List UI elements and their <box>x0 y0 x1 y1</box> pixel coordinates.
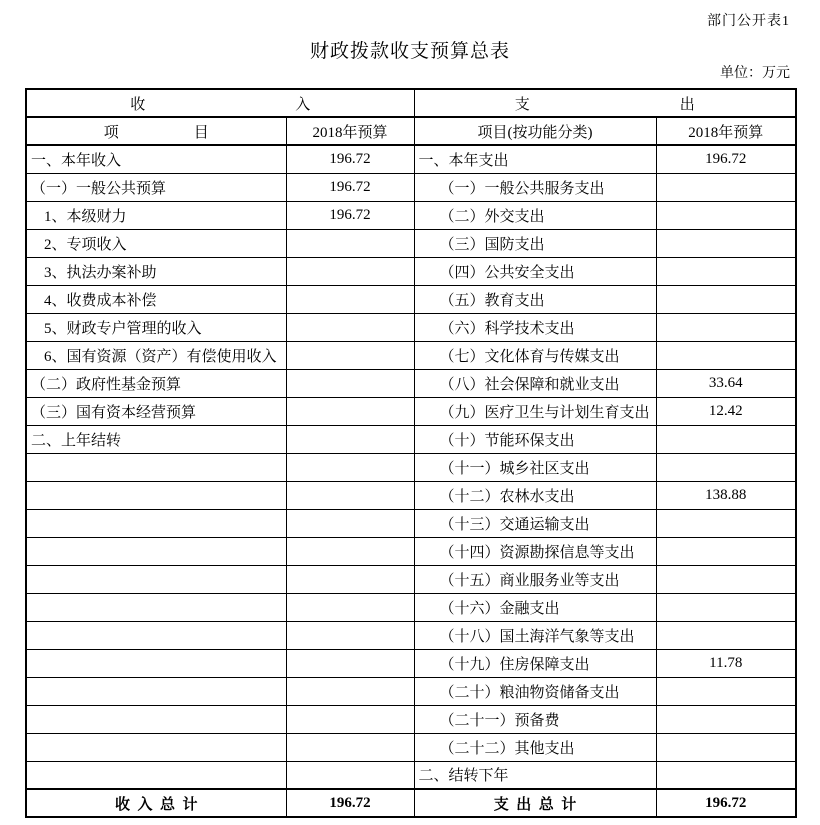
income-item-cell: 4、收费成本补偿 <box>26 285 286 313</box>
expense-item-cell: （四）公共安全支出 <box>414 257 656 285</box>
income-item-cell <box>26 481 286 509</box>
group-header-row: 收 入 支 出 <box>26 89 796 117</box>
expense-item-cell: （三）国防支出 <box>414 229 656 257</box>
expense-item-cell: （二）外交支出 <box>414 201 656 229</box>
income-item-cell <box>26 733 286 761</box>
expense-value-cell <box>656 285 796 313</box>
table-row: （十一）城乡社区支出 <box>26 453 796 481</box>
expense-value-cell <box>656 453 796 481</box>
expense-value-cell <box>656 621 796 649</box>
expense-item-cell: （十六）金融支出 <box>414 593 656 621</box>
income-value-cell <box>286 537 414 565</box>
income-value-cell <box>286 341 414 369</box>
expense-value-cell: 196.72 <box>656 145 796 173</box>
table-row: 2、专项收入（三）国防支出 <box>26 229 796 257</box>
expense-budget-column-header: 2018年预算 <box>656 117 796 145</box>
income-value-cell <box>286 229 414 257</box>
column-header-row: 项 目 2018年预算 项目(按功能分类) 2018年预算 <box>26 117 796 145</box>
income-item-cell: 1、本级财力 <box>26 201 286 229</box>
expense-item-cell: （十二）农林水支出 <box>414 481 656 509</box>
income-item-cell: 6、国有资源（资产）有偿使用收入 <box>26 341 286 369</box>
income-item-cell: 5、财政专户管理的收入 <box>26 313 286 341</box>
expense-value-cell <box>656 173 796 201</box>
expense-value-cell <box>656 677 796 705</box>
expense-item-cell: （二十二）其他支出 <box>414 733 656 761</box>
income-item-cell: （一）一般公共预算 <box>26 173 286 201</box>
income-value-cell <box>286 761 414 789</box>
table-row: （十五）商业服务业等支出 <box>26 565 796 593</box>
expense-value-cell <box>656 705 796 733</box>
income-item-cell <box>26 705 286 733</box>
table-row: 5、财政专户管理的收入（六）科学技术支出 <box>26 313 796 341</box>
income-value-cell <box>286 593 414 621</box>
income-item-column-header: 项 目 <box>26 117 286 145</box>
expense-item-cell: （十三）交通运输支出 <box>414 509 656 537</box>
expense-value-cell <box>656 537 796 565</box>
income-item-cell <box>26 677 286 705</box>
expense-value-cell <box>656 341 796 369</box>
income-item-cell <box>26 649 286 677</box>
income-value-cell: 196.72 <box>286 201 414 229</box>
budget-table: 收 入 支 出 项 目 2018年预算 项目(按功能分类) 2018年预算 一、… <box>25 88 797 818</box>
expense-value-cell <box>656 593 796 621</box>
income-value-cell <box>286 369 414 397</box>
expense-item-cell: （十）节能环保支出 <box>414 425 656 453</box>
table-row: 二、结转下年 <box>26 761 796 789</box>
page-title: 财政拨款收支预算总表 <box>0 36 820 63</box>
expense-value-cell: 138.88 <box>656 481 796 509</box>
income-item-cell <box>26 453 286 481</box>
doc-tag: 部门公开表1 <box>707 10 790 30</box>
expense-item-cell: （五）教育支出 <box>414 285 656 313</box>
income-total-value: 196.72 <box>286 789 414 817</box>
table-row: （三）国有资本经营预算（九）医疗卫生与计划生育支出12.42 <box>26 397 796 425</box>
table-row: （十八）国土海洋气象等支出 <box>26 621 796 649</box>
expense-value-cell <box>656 229 796 257</box>
expense-group-header: 支 出 <box>414 89 796 117</box>
budget-table-body: 一、本年收入196.72一、本年支出196.72（一）一般公共预算196.72（… <box>26 145 796 789</box>
total-row: 收 入 总 计 196.72 支 出 总 计 196.72 <box>26 789 796 817</box>
expense-item-cell: （八）社会保障和就业支出 <box>414 369 656 397</box>
income-value-cell <box>286 677 414 705</box>
income-value-cell <box>286 397 414 425</box>
income-value-cell <box>286 621 414 649</box>
table-row: 一、本年收入196.72一、本年支出196.72 <box>26 145 796 173</box>
income-item-cell <box>26 537 286 565</box>
expense-item-cell: （二十）粮油物资储备支出 <box>414 677 656 705</box>
expense-item-cell: 二、结转下年 <box>414 761 656 789</box>
expense-value-cell <box>656 509 796 537</box>
table-row: （二十二）其他支出 <box>26 733 796 761</box>
income-value-cell <box>286 649 414 677</box>
expense-item-cell: （二十一）预备费 <box>414 705 656 733</box>
income-item-cell: 2、专项收入 <box>26 229 286 257</box>
income-total-label: 收 入 总 计 <box>26 789 286 817</box>
expense-value-cell <box>656 201 796 229</box>
expense-value-cell <box>656 425 796 453</box>
expense-item-cell: （六）科学技术支出 <box>414 313 656 341</box>
income-group-header: 收 入 <box>26 89 414 117</box>
income-budget-column-header: 2018年预算 <box>286 117 414 145</box>
expense-value-cell <box>656 257 796 285</box>
income-value-cell: 196.72 <box>286 145 414 173</box>
table-row: 4、收费成本补偿（五）教育支出 <box>26 285 796 313</box>
expense-value-cell <box>656 733 796 761</box>
table-row: 3、执法办案补助（四）公共安全支出 <box>26 257 796 285</box>
income-value-cell <box>286 565 414 593</box>
table-row: 6、国有资源（资产）有偿使用收入（七）文化体育与传媒支出 <box>26 341 796 369</box>
expense-item-cell: （十九）住房保障支出 <box>414 649 656 677</box>
table-row: （十六）金融支出 <box>26 593 796 621</box>
table-row: （十九）住房保障支出11.78 <box>26 649 796 677</box>
expense-total-label: 支 出 总 计 <box>414 789 656 817</box>
income-item-cell: 3、执法办案补助 <box>26 257 286 285</box>
expense-value-cell: 11.78 <box>656 649 796 677</box>
income-value-cell <box>286 425 414 453</box>
income-item-cell <box>26 565 286 593</box>
income-item-cell <box>26 761 286 789</box>
expense-value-cell: 33.64 <box>656 369 796 397</box>
income-item-cell: 二、上年结转 <box>26 425 286 453</box>
expense-value-cell: 12.42 <box>656 397 796 425</box>
expense-item-cell: （七）文化体育与传媒支出 <box>414 341 656 369</box>
income-item-cell <box>26 621 286 649</box>
income-value-cell <box>286 257 414 285</box>
income-item-cell: （三）国有资本经营预算 <box>26 397 286 425</box>
income-value-cell: 196.72 <box>286 173 414 201</box>
table-row: （二十一）预备费 <box>26 705 796 733</box>
expense-item-cell: （九）医疗卫生与计划生育支出 <box>414 397 656 425</box>
income-value-cell <box>286 453 414 481</box>
expense-item-cell: （十四）资源勘探信息等支出 <box>414 537 656 565</box>
table-row: （十四）资源勘探信息等支出 <box>26 537 796 565</box>
expense-value-cell <box>656 565 796 593</box>
income-value-cell <box>286 733 414 761</box>
income-value-cell <box>286 285 414 313</box>
table-row: （二）政府性基金预算（八）社会保障和就业支出33.64 <box>26 369 796 397</box>
table-row: （一）一般公共预算196.72（一）一般公共服务支出 <box>26 173 796 201</box>
income-item-cell <box>26 593 286 621</box>
income-value-cell <box>286 481 414 509</box>
table-row: 1、本级财力196.72（二）外交支出 <box>26 201 796 229</box>
table-row: （二十）粮油物资储备支出 <box>26 677 796 705</box>
expense-item-cell: （十八）国土海洋气象等支出 <box>414 621 656 649</box>
table-row: （十三）交通运输支出 <box>26 509 796 537</box>
income-item-cell <box>26 509 286 537</box>
income-value-cell <box>286 509 414 537</box>
income-item-cell: （二）政府性基金预算 <box>26 369 286 397</box>
expense-item-cell: （十五）商业服务业等支出 <box>414 565 656 593</box>
income-value-cell <box>286 313 414 341</box>
expense-item-cell: 一、本年支出 <box>414 145 656 173</box>
table-row: 二、上年结转（十）节能环保支出 <box>26 425 796 453</box>
unit-note: 单位：万元 <box>720 62 790 82</box>
expense-item-column-header: 项目(按功能分类) <box>414 117 656 145</box>
expense-value-cell <box>656 761 796 789</box>
income-value-cell <box>286 705 414 733</box>
expense-item-cell: （十一）城乡社区支出 <box>414 453 656 481</box>
expense-item-cell: （一）一般公共服务支出 <box>414 173 656 201</box>
budget-document-page: { "page": { "doc_tag": "部门公开表1", "title"… <box>0 0 820 825</box>
expense-value-cell <box>656 313 796 341</box>
table-row: （十二）农林水支出138.88 <box>26 481 796 509</box>
expense-total-value: 196.72 <box>656 789 796 817</box>
income-item-cell: 一、本年收入 <box>26 145 286 173</box>
